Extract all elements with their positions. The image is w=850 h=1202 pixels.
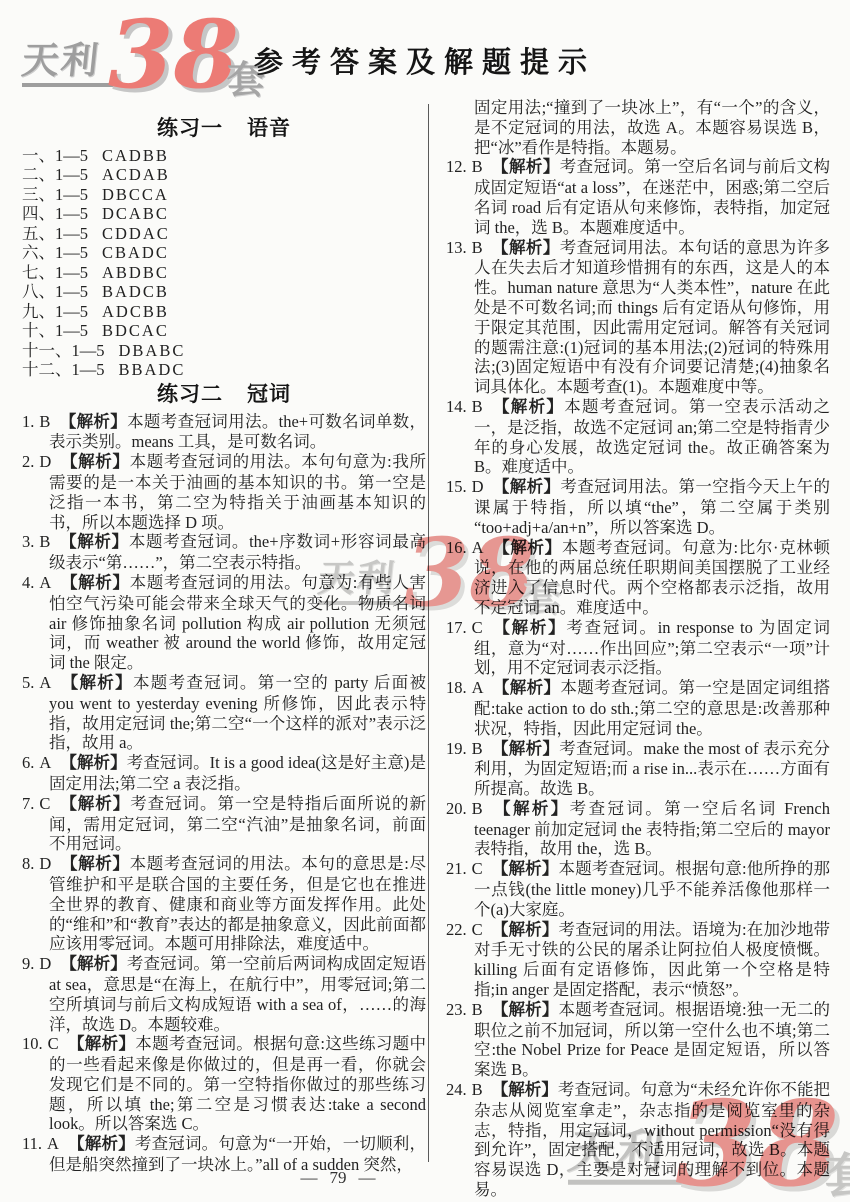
item-number: 19. bbox=[446, 739, 467, 758]
item-answer-letter: B bbox=[472, 157, 483, 176]
answer-line: 十一、1—5DBABC bbox=[22, 341, 426, 361]
item-answer-letter: B bbox=[472, 1080, 483, 1099]
analysis-marker: 【解析】 bbox=[492, 158, 560, 176]
item-answer-letter: A bbox=[472, 678, 484, 697]
item-number: 7. bbox=[22, 794, 34, 813]
answer-line-prefix: 五、1—5 bbox=[22, 224, 88, 244]
analysis-marker: 【解析】 bbox=[492, 398, 565, 416]
footer-dash: — bbox=[301, 1168, 318, 1187]
item-answer-letter: C bbox=[472, 618, 483, 637]
analysis-marker: 【解析】 bbox=[493, 679, 561, 697]
answer-line-prefix: 十一、1—5 bbox=[22, 341, 105, 361]
item-number: 9. bbox=[22, 954, 34, 973]
analysis-marker: 【解析】 bbox=[59, 533, 128, 551]
item-number: 14. bbox=[446, 397, 467, 416]
answer-line-letters: ACDAB bbox=[102, 165, 170, 185]
item-answer-letter: B bbox=[472, 238, 483, 257]
explanation-item: 19.B【解析】考查冠词。make the most of 表示充分利用，为固定… bbox=[446, 739, 830, 799]
explanation-item: 6.A【解析】考查冠词。It is a good idea(这是好主意)是固定用… bbox=[22, 753, 426, 794]
answer-line-letters: CADBB bbox=[102, 146, 169, 166]
explanation-item: 22.C【解析】考查冠词的用法。语境为:在加沙地带对手无寸铁的公民的屠杀让阿拉伯… bbox=[446, 920, 830, 1000]
explanation-item: 1.B【解析】本题考查冠词用法。the+可数名词单数，表示类别。means 工具… bbox=[22, 412, 426, 453]
answer-line-prefix: 三、1—5 bbox=[22, 185, 88, 205]
section1-heading: 练习一语音 bbox=[22, 119, 426, 139]
answer-line-letters: CDDAC bbox=[102, 224, 170, 244]
explanation-item: 12.B【解析】考查冠词。第一空后名词与前后文构成固定短语“at a loss”… bbox=[446, 157, 830, 237]
column-divider bbox=[428, 104, 429, 1162]
section2-topic: 冠词 bbox=[247, 383, 291, 406]
left-column: 练习一语音 一、1—5CADBB二、1—5ACDAB三、1—5DBCCA四、1—… bbox=[22, 116, 426, 1175]
explanation-item: 21.C【解析】本题考查冠词。根据句意:他所挣的那一点钱(the little … bbox=[446, 859, 830, 919]
item-number: 11. bbox=[22, 1134, 42, 1153]
answers-list: 一、1—5CADBB二、1—5ACDAB三、1—5DBCCA四、1—5DCABC… bbox=[22, 146, 426, 380]
explanation-item: 3.B【解析】本题考查冠词。the+序数词+形容词最高级表示“第……”，第二空表… bbox=[22, 532, 426, 573]
section2-heading: 练习二冠词 bbox=[22, 385, 426, 405]
analysis-marker: 【解析】 bbox=[68, 1035, 136, 1053]
item-number: 4. bbox=[22, 573, 34, 592]
answer-line-prefix: 七、1—5 bbox=[22, 263, 88, 283]
answer-line: 七、1—5ABDBC bbox=[22, 263, 426, 283]
explanation-item: 4.A【解析】本题考查冠词的用法。句意为:有些人害怕空气污染可能会带来全球天气的… bbox=[22, 573, 426, 673]
answer-line: 九、1—5ADCBB bbox=[22, 302, 426, 322]
answer-line-letters: ADCBB bbox=[102, 302, 169, 322]
answer-line-prefix: 十、1—5 bbox=[22, 321, 88, 341]
explanation-item: 7.C【解析】考查冠词。第一空是特指后面所说的新闻，需用定冠词，第二空“汽油”是… bbox=[22, 794, 426, 854]
item-answer-letter: A bbox=[39, 753, 51, 772]
section2-label: 练习二 bbox=[157, 383, 223, 406]
answer-line-letters: CBADC bbox=[102, 243, 169, 263]
answer-line: 十二、1—5BBADC bbox=[22, 360, 426, 380]
analysis-marker: 【解析】 bbox=[59, 795, 130, 813]
analysis-marker: 【解析】 bbox=[60, 754, 126, 772]
answer-line: 四、1—5DCABC bbox=[22, 204, 426, 224]
answer-line-letters: DBABC bbox=[119, 341, 186, 361]
analysis-marker: 【解析】 bbox=[492, 860, 559, 878]
item-text: 考查冠词用法。本句话的意思为许多人在失去后才知道珍惜拥有的东西，这是人的本性。h… bbox=[474, 238, 830, 397]
answer-line-letters: ABDBC bbox=[102, 263, 169, 283]
answer-line-prefix: 十二、1—5 bbox=[22, 360, 105, 380]
item-number: 8. bbox=[22, 854, 34, 873]
answer-line: 二、1—5ACDAB bbox=[22, 165, 426, 185]
item-answer-letter: B bbox=[472, 799, 483, 818]
item-number: 2. bbox=[22, 452, 34, 471]
item-answer-letter: D bbox=[39, 954, 51, 973]
item-number: 1. bbox=[22, 412, 34, 431]
item-answer-letter: A bbox=[472, 538, 484, 557]
item-answer-letter: D bbox=[39, 854, 51, 873]
item11-continuation: 固定用法;“撞到了一块冰上”，有“一个”的含义，是不定冠词的用法，故选 A。本题… bbox=[446, 98, 830, 157]
item-number: 16. bbox=[446, 538, 467, 557]
section1-topic: 语音 bbox=[247, 117, 291, 140]
page-title: 参考答案及解题提示 bbox=[0, 40, 850, 81]
explanation-item: 23.B【解析】本题考查冠词。根据语境:独一无二的职位之前不加冠词，所以第一空什… bbox=[446, 1000, 830, 1080]
logo-underline bbox=[22, 83, 126, 87]
item-answer-letter: A bbox=[47, 1134, 59, 1153]
analysis-marker: 【解析】 bbox=[60, 855, 129, 873]
answer-line: 五、1—5CDDAC bbox=[22, 224, 426, 244]
explanation-item: 9.D【解析】考查冠词。第一空前后两词构成固定短语 at sea，意思是“在海上… bbox=[22, 954, 426, 1034]
explanation-item: 24.B【解析】考查冠词。句意为“未经允许你不能把杂志从阅览室拿走”，杂志指的是… bbox=[446, 1080, 830, 1200]
item-answer-letter: C bbox=[48, 1034, 59, 1053]
item-answer-letter: C bbox=[39, 794, 50, 813]
answer-key-page: 天利 38 套 参考答案及解题提示 练习一语音 一、1—5CADBB二、1—5A… bbox=[0, 0, 850, 1202]
page-footer: —79— bbox=[248, 1168, 428, 1188]
item-answer-letter: C bbox=[472, 920, 483, 939]
item-answer-letter: B bbox=[472, 397, 483, 416]
item-number: 3. bbox=[22, 532, 34, 551]
item-number: 21. bbox=[446, 859, 467, 878]
analysis-marker: 【解析】 bbox=[60, 955, 127, 973]
analysis-marker: 【解析】 bbox=[493, 539, 562, 557]
answer-line: 八、1—5BADCB bbox=[22, 282, 426, 302]
section1-label: 练习一 bbox=[157, 117, 223, 140]
answer-line-prefix: 二、1—5 bbox=[22, 165, 88, 185]
item-number: 24. bbox=[446, 1080, 467, 1099]
explanation-item: 20.B【解析】考查冠词。第一空后名词 French teenager 前加定冠… bbox=[446, 799, 830, 859]
explanation-item: 10.C【解析】本题考查冠词。根据句意:这些练习题中的一些看起来像是你做过的，但… bbox=[22, 1034, 426, 1134]
footer-page-number: 79 bbox=[330, 1168, 347, 1187]
analysis-marker: 【解析】 bbox=[492, 1081, 558, 1099]
item-number: 17. bbox=[446, 618, 467, 637]
item-number: 6. bbox=[22, 753, 34, 772]
answer-line-prefix: 四、1—5 bbox=[22, 204, 88, 224]
item-number: 20. bbox=[446, 799, 467, 818]
analysis-marker: 【解析】 bbox=[68, 1135, 135, 1153]
answer-line-letters: BADCB bbox=[102, 282, 169, 302]
analysis-marker: 【解析】 bbox=[60, 574, 129, 592]
answer-line-letters: BBADC bbox=[119, 360, 186, 380]
analysis-marker: 【解析】 bbox=[492, 921, 559, 939]
item-number: 18. bbox=[446, 678, 467, 697]
item-answer-letter: A bbox=[39, 573, 51, 592]
answer-line-letters: DCABC bbox=[102, 204, 169, 224]
analysis-marker: 【解析】 bbox=[60, 453, 129, 471]
analysis-marker: 【解析】 bbox=[60, 674, 133, 692]
item-number: 10. bbox=[22, 1034, 43, 1053]
item-number: 5. bbox=[22, 673, 34, 692]
analysis-marker: 【解析】 bbox=[493, 478, 561, 496]
item-answer-letter: D bbox=[472, 477, 484, 496]
answer-line: 六、1—5CBADC bbox=[22, 243, 426, 263]
answer-line-letters: DBCCA bbox=[102, 185, 169, 205]
analysis-marker: 【解析】 bbox=[492, 740, 560, 758]
explanation-item: 17.C【解析】考查冠词。in response to 为固定词组，意为“对……… bbox=[446, 618, 830, 678]
explanation-item: 16.A【解析】本题考查冠词。句意为:比尔·克林顿说，在他的两届总统任职期间美国… bbox=[446, 538, 830, 618]
explanation-item: 13.B【解析】考查冠词用法。本句话的意思为许多人在失去后才知道珍惜拥有的东西，… bbox=[446, 238, 830, 397]
item-answer-letter: D bbox=[39, 452, 51, 471]
item-answer-letter: B bbox=[472, 1000, 483, 1019]
answer-line-letters: BDCAC bbox=[102, 321, 169, 341]
explanation-item: 2.D【解析】本题考查冠词的用法。本句句意为:我所需要的是一本关于油画的基本知识… bbox=[22, 452, 426, 532]
explanation-list-left: 1.B【解析】本题考查冠词用法。the+可数名词单数，表示类别。means 工具… bbox=[22, 412, 426, 1175]
analysis-marker: 【解析】 bbox=[492, 619, 567, 637]
item-number: 13. bbox=[446, 238, 467, 257]
explanation-list-right: 12.B【解析】考查冠词。第一空后名词与前后文构成固定短语“at a loss”… bbox=[446, 157, 830, 1199]
analysis-marker: 【解析】 bbox=[492, 239, 560, 257]
explanation-item: 8.D【解析】本题考查冠词的用法。本句的意思是:尽管维护和平是联合国的主要任务，… bbox=[22, 854, 426, 954]
analysis-marker: 【解析】 bbox=[492, 1001, 559, 1019]
answer-line: 十、1—5BDCAC bbox=[22, 321, 426, 341]
footer-dash: — bbox=[359, 1168, 376, 1187]
answer-line: 三、1—5DBCCA bbox=[22, 185, 426, 205]
explanation-item: 15.D【解析】考查冠词用法。第一空指今天上午的课属于特指，所以填“the”，第… bbox=[446, 477, 830, 537]
answer-line: 一、1—5CADBB bbox=[22, 146, 426, 166]
item-number: 12. bbox=[446, 157, 467, 176]
answer-line-prefix: 六、1—5 bbox=[22, 243, 88, 263]
answer-line-prefix: 九、1—5 bbox=[22, 302, 88, 322]
item-answer-letter: B bbox=[39, 532, 50, 551]
explanation-item: 18.A【解析】本题考查冠词。第一空是固定词组搭配:take action to… bbox=[446, 678, 830, 738]
analysis-marker: 【解析】 bbox=[492, 800, 570, 818]
item-answer-letter: A bbox=[39, 673, 51, 692]
item-answer-letter: C bbox=[472, 859, 483, 878]
item-number: 15. bbox=[446, 477, 467, 496]
answer-line-prefix: 八、1—5 bbox=[22, 282, 88, 302]
explanation-item: 5.A【解析】本题考查冠词。第一空的 party 后面被 you went to… bbox=[22, 673, 426, 753]
item-answer-letter: B bbox=[472, 739, 483, 758]
item-number: 22. bbox=[446, 920, 467, 939]
explanation-item: 14.B【解析】本题考查冠词。第一空表示活动之一，是泛指，故选不定冠词 an;第… bbox=[446, 397, 830, 477]
analysis-marker: 【解析】 bbox=[59, 413, 127, 431]
item-number: 23. bbox=[446, 1000, 467, 1019]
right-column: 固定用法;“撞到了一块冰上”，有“一个”的含义，是不定冠词的用法，故选 A。本题… bbox=[446, 98, 830, 1200]
item-answer-letter: B bbox=[39, 412, 50, 431]
answer-line-prefix: 一、1—5 bbox=[22, 146, 88, 166]
